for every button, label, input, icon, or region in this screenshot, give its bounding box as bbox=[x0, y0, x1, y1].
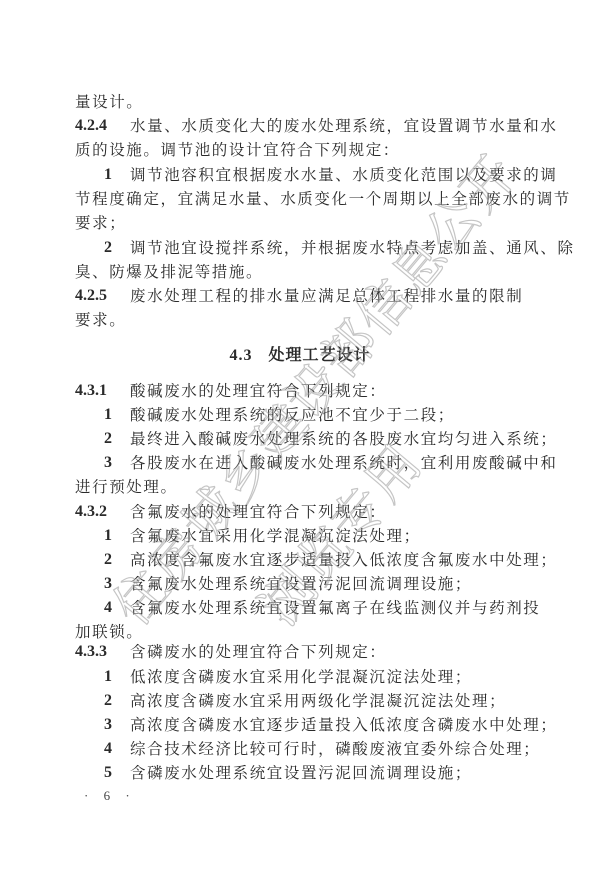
item-text: 高浓度含磷废水宜采用两级化学混凝沉淀法处理； bbox=[130, 689, 520, 713]
item-number: 2 bbox=[104, 427, 112, 451]
list-item: 3 各股废水在进入酸碱废水处理系统时，宜利用废酸碱中和 bbox=[75, 451, 520, 475]
list-item: 3 高浓度含磷废水宜逐步适量投入低浓度含磷废水中处理； bbox=[75, 713, 520, 737]
list-item: 1 调节池容积宜根据废水水量、水质变化范围以及要求的调 bbox=[75, 163, 520, 187]
text-line: 量设计。 bbox=[75, 90, 520, 114]
clause-number: 4.2.5 bbox=[75, 284, 107, 308]
item-text: 最终进入酸碱废水处理系统的各股废水宜均匀进入系统； bbox=[130, 427, 520, 451]
item-number: 5 bbox=[104, 761, 112, 785]
item-text: 各股废水在进入酸碱废水处理系统时，宜利用废酸碱中和 bbox=[130, 451, 520, 475]
text-line: 节程度确定，宜满足水量、水质变化一个周期以上全部废水的调节 bbox=[75, 187, 520, 211]
item-text: 含氟废水处理系统宜设置氟离子在线监测仪并与药剂投 bbox=[130, 596, 520, 620]
item-text: 含磷废水处理系统宜设置污泥回流调理设施； bbox=[130, 761, 520, 785]
list-item: 3 含氟废水处理系统宜设置污泥回流调理设施； bbox=[75, 572, 520, 596]
item-number: 3 bbox=[104, 451, 112, 475]
document-page: 量设计。 4.2.4 水量、水质变化大的废水处理系统，宜设置调节水量和水 质的设… bbox=[0, 0, 600, 870]
list-item: 2 高浓度含磷废水宜采用两级化学混凝沉淀法处理； bbox=[75, 689, 520, 713]
clause-number: 4.3.2 bbox=[75, 500, 107, 524]
clause-text: 废水处理工程的排水量应满足总体工程排水量的限制 bbox=[130, 284, 520, 308]
clause-4-2-4: 4.2.4 水量、水质变化大的废水处理系统，宜设置调节水量和水 bbox=[75, 114, 520, 138]
item-text: 调节池宜设搅拌系统，并根据废水特点考虑加盖、通风、除 bbox=[130, 236, 520, 260]
section-heading: 4.3处理工艺设计 bbox=[0, 343, 600, 368]
clause-number: 4.3.1 bbox=[75, 379, 107, 403]
text-line: 臭、防爆及排泥等措施。 bbox=[75, 260, 520, 284]
item-number: 2 bbox=[104, 548, 112, 572]
clause-4-2-5: 4.2.5 废水处理工程的排水量应满足总体工程排水量的限制 bbox=[75, 284, 520, 308]
list-item: 2 高浓度含氟废水宜逐步适量投入低浓度含氟废水中处理； bbox=[75, 548, 520, 572]
item-number: 4 bbox=[104, 596, 112, 620]
list-item: 1 低浓度含磷废水宜采用化学混凝沉淀法处理； bbox=[75, 665, 520, 689]
item-number: 4 bbox=[104, 737, 112, 761]
item-text: 调节池容积宜根据废水水量、水质变化范围以及要求的调 bbox=[130, 163, 520, 187]
clause-text: 含磷废水的处理宜符合下列规定： bbox=[130, 640, 520, 664]
item-text: 高浓度含磷废水宜逐步适量投入低浓度含磷废水中处理； bbox=[130, 713, 520, 737]
clause-4-3-1: 4.3.1 酸碱废水的处理宜符合下列规定： bbox=[75, 379, 520, 403]
section-number: 4.3 bbox=[229, 347, 252, 364]
item-text: 含氟废水处理系统宜设置污泥回流调理设施； bbox=[130, 572, 520, 596]
list-item: 2 最终进入酸碱废水处理系统的各股废水宜均匀进入系统； bbox=[75, 427, 520, 451]
clause-4-3-2: 4.3.2 含氟废水的处理宜符合下列规定： bbox=[75, 500, 520, 524]
continuation-text: 进行预处理。 bbox=[75, 475, 178, 499]
continuation-text: 要求； bbox=[75, 211, 126, 235]
section-title: 处理工艺设计 bbox=[268, 345, 370, 364]
item-text: 酸碱废水处理系统的反应池不宜少于二段； bbox=[130, 403, 520, 427]
list-item: 5 含磷废水处理系统宜设置污泥回流调理设施； bbox=[75, 761, 520, 785]
clause-text: 含氟废水的处理宜符合下列规定： bbox=[130, 500, 520, 524]
clause-text: 水量、水质变化大的废水处理系统，宜设置调节水量和水 bbox=[130, 114, 520, 138]
list-item: 1 含氟废水宜采用化学混凝沉淀法处理； bbox=[75, 524, 520, 548]
text-line: 进行预处理。 bbox=[75, 475, 520, 499]
item-text: 高浓度含氟废水宜逐步适量投入低浓度含氟废水中处理； bbox=[130, 548, 520, 572]
item-number: 2 bbox=[104, 689, 112, 713]
text-line: 要求。 bbox=[75, 308, 520, 332]
clause-4-3-3: 4.3.3 含磷废水的处理宜符合下列规定： bbox=[75, 640, 520, 664]
item-text: 低浓度含磷废水宜采用化学混凝沉淀法处理； bbox=[130, 665, 520, 689]
text-line: 质的设施。调节池的设计宜符合下列规定： bbox=[75, 138, 520, 162]
item-number: 2 bbox=[104, 236, 112, 260]
continuation-text: 质的设施。调节池的设计宜符合下列规定： bbox=[75, 138, 400, 162]
item-number: 3 bbox=[104, 572, 112, 596]
clause-text: 酸碱废水的处理宜符合下列规定： bbox=[130, 379, 520, 403]
clause-number: 4.3.3 bbox=[75, 640, 107, 664]
list-item: 2 调节池宜设搅拌系统，并根据废水特点考虑加盖、通风、除 bbox=[75, 236, 520, 260]
item-number: 1 bbox=[104, 403, 112, 427]
text-line: 要求； bbox=[75, 211, 520, 235]
list-item: 4 含氟废水处理系统宜设置氟离子在线监测仪并与药剂投 bbox=[75, 596, 520, 620]
list-item: 1 酸碱废水处理系统的反应池不宜少于二段； bbox=[75, 403, 520, 427]
list-item: 4 综合技术经济比较可行时，磷酸废液宜委外综合处理； bbox=[75, 737, 520, 761]
item-number: 1 bbox=[104, 665, 112, 689]
continuation-text: 要求。 bbox=[75, 308, 126, 332]
continuation-text: 节程度确定，宜满足水量、水质变化一个周期以上全部废水的调节 bbox=[75, 190, 571, 208]
continuation-text: 量设计。 bbox=[75, 90, 143, 114]
item-number: 3 bbox=[104, 713, 112, 737]
item-text: 综合技术经济比较可行时，磷酸废液宜委外综合处理； bbox=[130, 737, 520, 761]
item-number: 1 bbox=[104, 524, 112, 548]
item-number: 1 bbox=[104, 163, 112, 187]
continuation-text: 臭、防爆及排泥等措施。 bbox=[75, 260, 263, 284]
item-text: 含氟废水宜采用化学混凝沉淀法处理； bbox=[130, 524, 520, 548]
page-number: · 6 · bbox=[84, 788, 136, 804]
clause-number: 4.2.4 bbox=[75, 114, 107, 138]
